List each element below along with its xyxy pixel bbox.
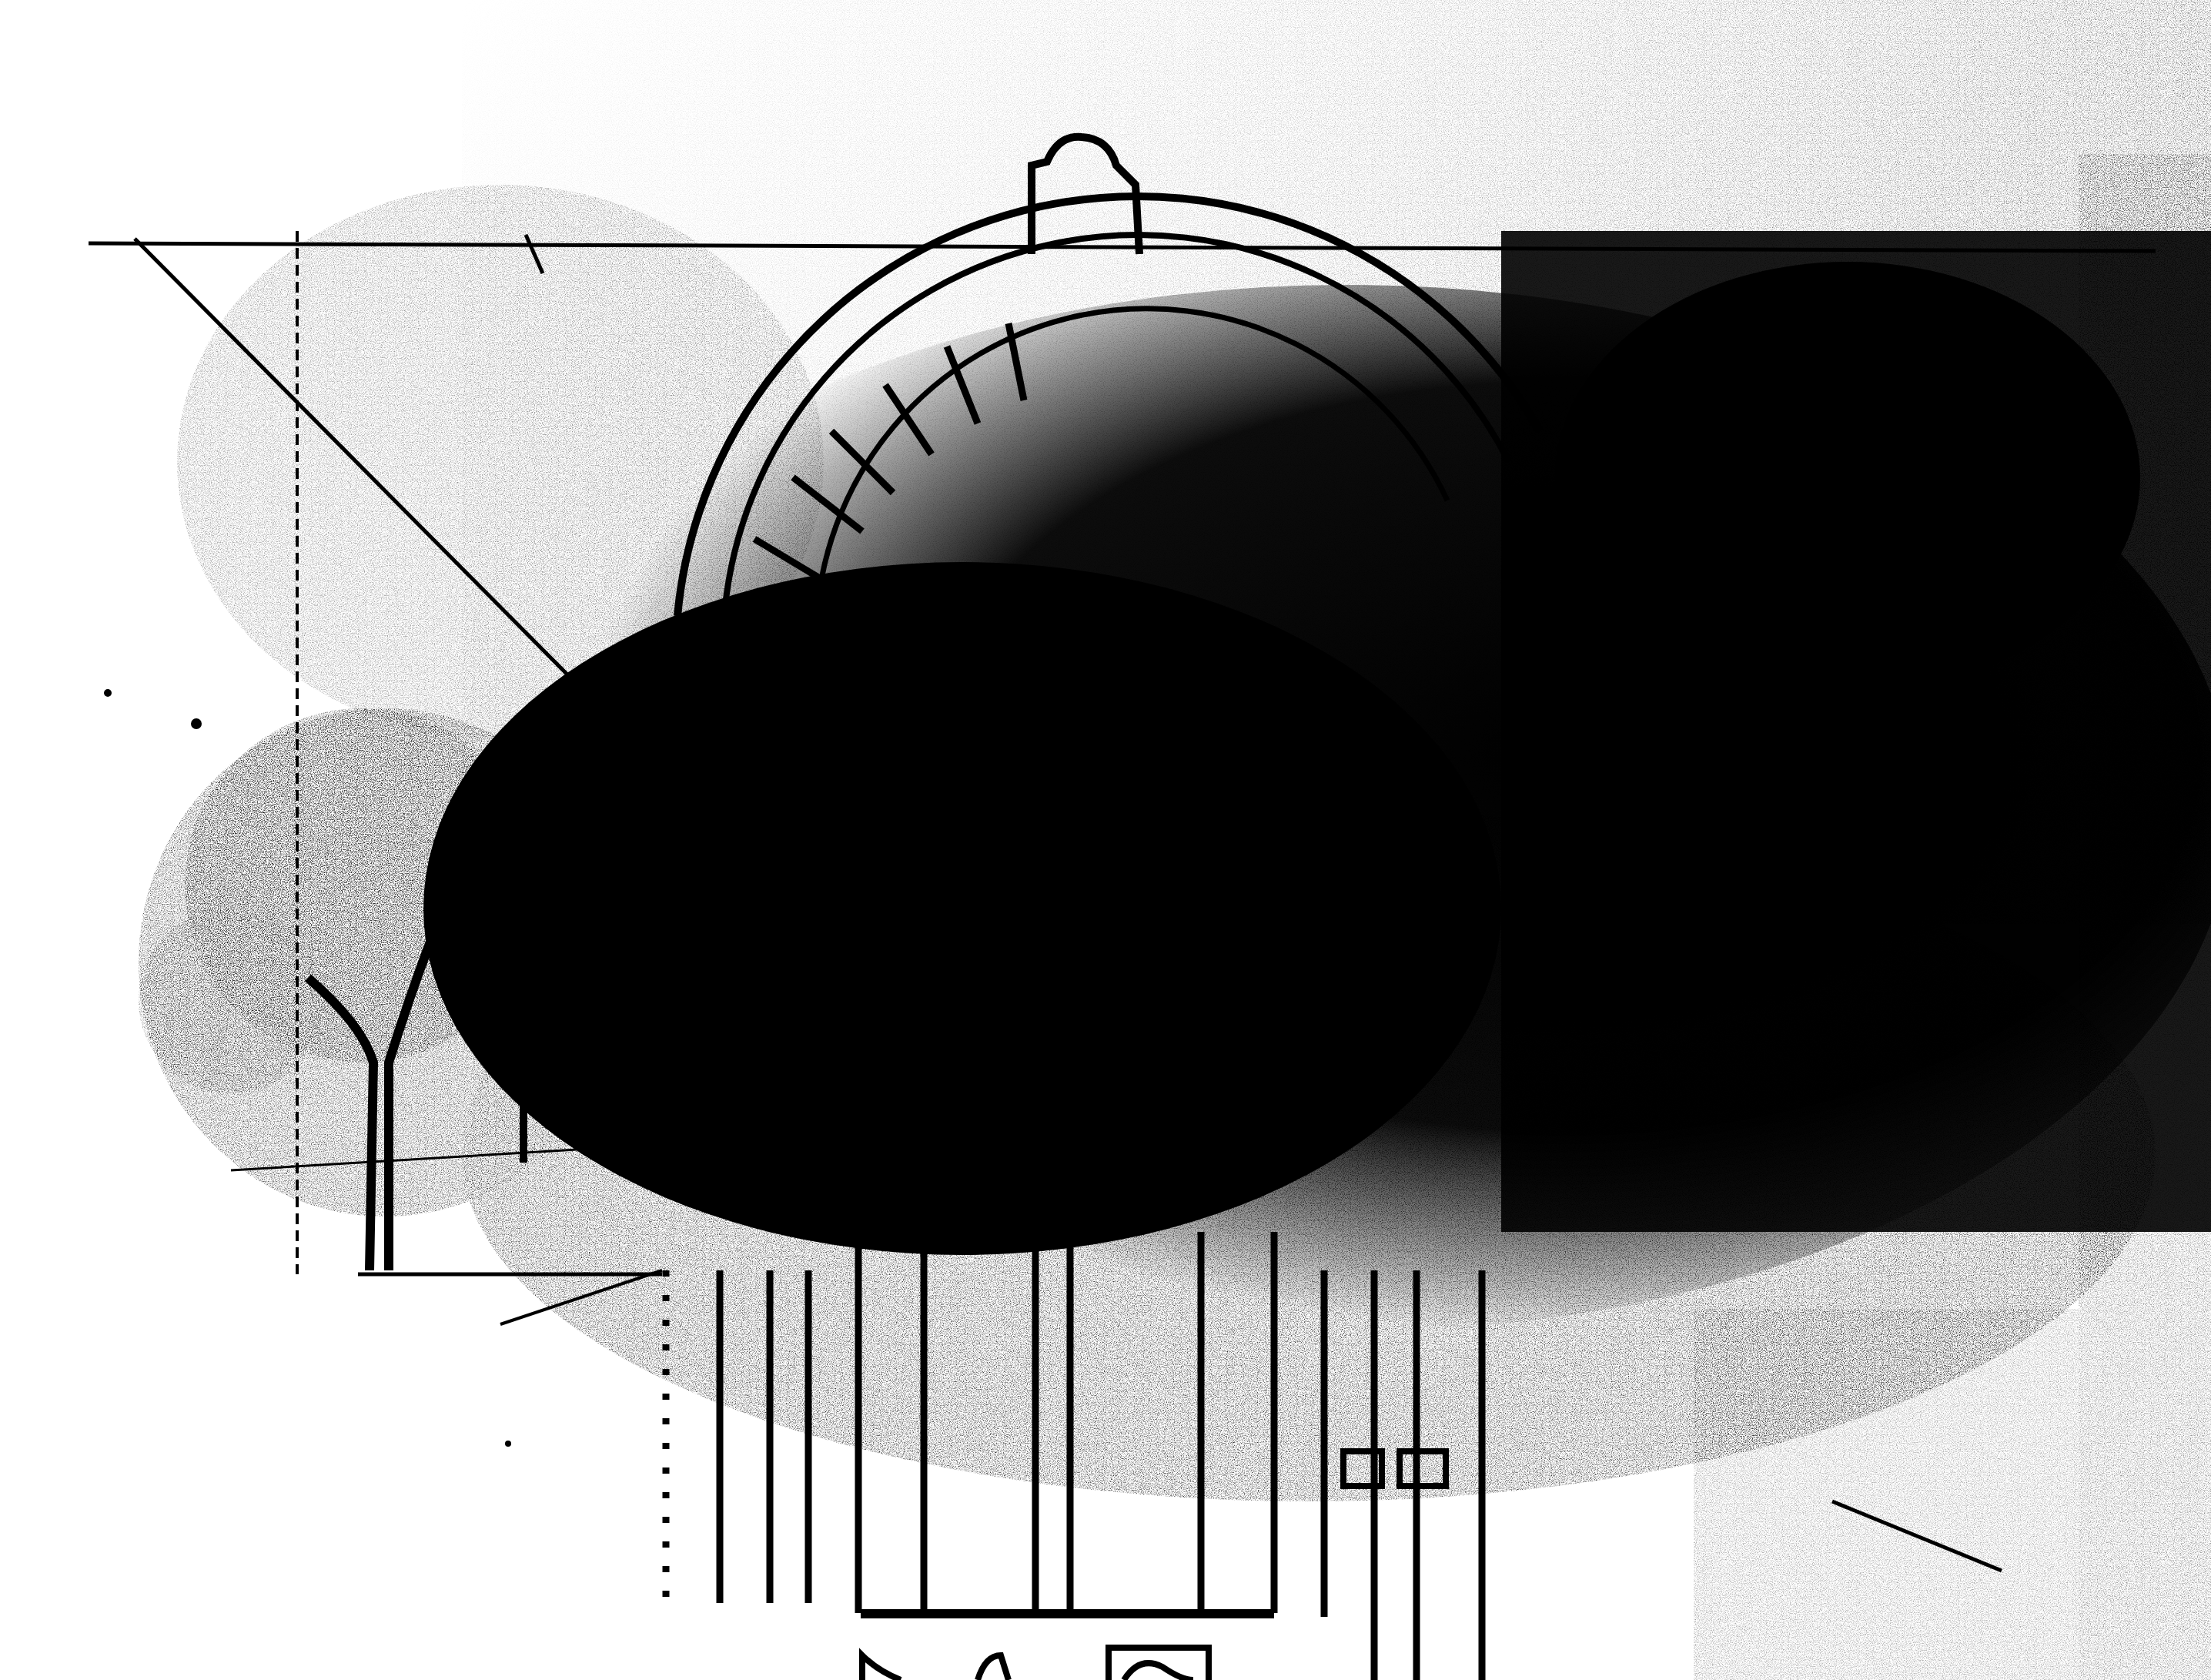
architectural-sketch: [0, 0, 2211, 1680]
